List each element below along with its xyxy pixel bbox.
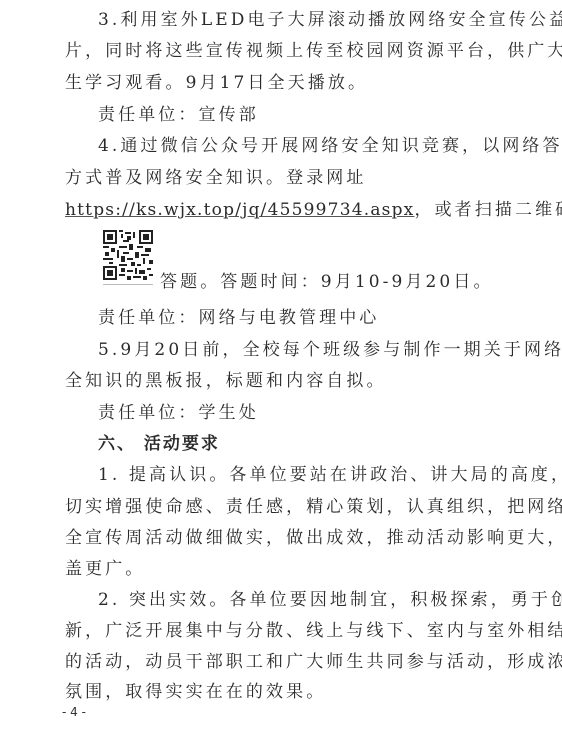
paragraph-5-line-1: 5.9月20日前，全校每个班级参与制作一期关于网络安 [98, 339, 489, 361]
paragraph-5-line-2: 全知识的黑板报，标题和内容自拟。 [65, 370, 489, 392]
paragraph-5-owner: 责任单位：学生处 [98, 402, 489, 424]
paragraph-3-line-1: 3.利用室外LED电子大屏滚动播放网络安全宣传公益短 [98, 9, 489, 31]
requirement-1-line-4: 盖更广。 [65, 558, 489, 580]
requirement-2-line-1: 2. 突出实效。各单位要因地制宜，积极探索，勇于创 [98, 589, 489, 611]
requirement-2-line-4: 氛围，取得实实在在的效果。 [65, 681, 489, 703]
page-number: - 4 - [62, 705, 86, 719]
paragraph-4-line-1: 4.通过微信公众号开展网络安全知识竞赛，以网络答题 [98, 135, 489, 157]
paragraph-4-line-3: https://ks.wjx.top/jq/45599734.aspx，或者扫描… [65, 199, 489, 221]
document-page: 3.利用室外LED电子大屏滚动播放网络安全宣传公益短 片，同时将这些宣传视频上传… [0, 0, 562, 730]
paragraph-4-owner: 责任单位：网络与电教管理中心 [98, 307, 489, 329]
section-heading: 六、 活动要求 [98, 433, 489, 455]
requirement-1-line-1: 1. 提高认识。各单位要站在讲政治、讲大局的高度， [98, 464, 489, 486]
requirement-1-line-3: 全宣传周活动做细做实，做出成效，推动活动影响更大，覆 [65, 527, 489, 549]
paragraph-4-line-2: 方式普及网络安全知识。登录网址 [65, 167, 489, 189]
requirement-1-line-2: 切实增强使命感、责任感，精心策划，认真组织，把网络安 [65, 496, 489, 518]
paragraph-4-line-4: 答题。答题时间：9月10-9月20日。 [160, 271, 489, 293]
quiz-url-link[interactable]: https://ks.wjx.top/jq/45599734.aspx [65, 200, 414, 220]
qr-code-icon [103, 230, 153, 285]
paragraph-3-owner: 责任单位：宣传部 [98, 104, 489, 126]
requirement-2-line-3: 的活动，动员干部职工和广大师生共同参与活动，形成浓厚 [65, 651, 489, 673]
requirement-2-line-2: 新，广泛开展集中与分散、线上与线下、室内与室外相结合 [65, 620, 489, 642]
paragraph-3-line-2: 片，同时将这些宣传视频上传至校园网资源平台，供广大师 [65, 40, 489, 62]
paragraph-3-line-3: 生学习观看。9月17日全天播放。 [65, 72, 489, 94]
paragraph-4-line-3-suffix: ，或者扫描二维码 [414, 200, 562, 220]
